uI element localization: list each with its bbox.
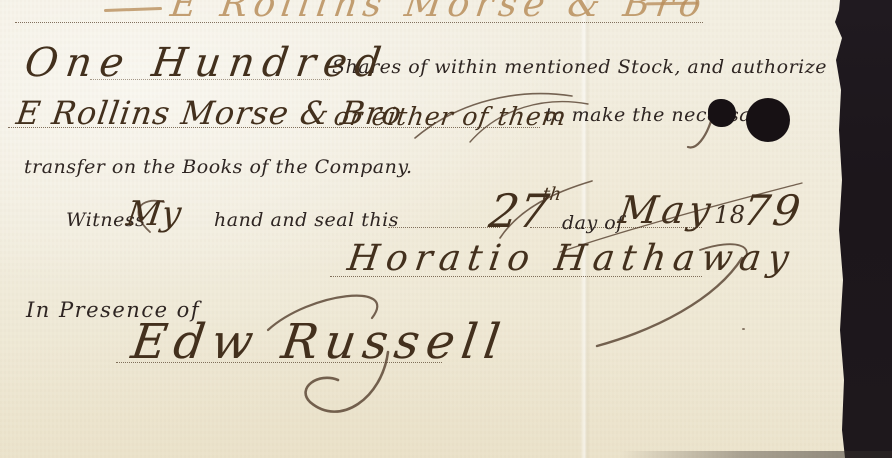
rule-day-blank: [388, 227, 500, 228]
faded-top-line: E Rollins Morse & Bro: [168, 0, 710, 25]
my-handwritten: My: [124, 194, 184, 234]
attorney-either-handwritten: or either of them: [332, 102, 569, 131]
month-handwritten: May: [616, 188, 717, 232]
day-of-printed-text: day of: [562, 212, 624, 234]
ink-speck: [742, 328, 745, 330]
year-handwritten: 79: [740, 186, 806, 235]
hand-seal-printed-text: hand and seal this: [214, 209, 399, 231]
hole-punch-small: [708, 99, 736, 127]
transfer-printed-text: transfer on the Books of the Company.: [24, 156, 413, 178]
witness-signature: Edw Russell: [128, 314, 510, 370]
maker-signature: Horatio Hathaway: [345, 238, 798, 279]
day-suffix-handwritten: th: [541, 184, 563, 205]
necessary-printed-text: to make the necessary: [545, 104, 772, 126]
shares-printed-text: Shares of within mentioned Stock, and au…: [332, 56, 827, 78]
hole-punch-large: [746, 98, 790, 142]
shares-amount-handwritten: One Hundred: [22, 40, 392, 86]
scan-bottom-shadow: [620, 451, 892, 458]
